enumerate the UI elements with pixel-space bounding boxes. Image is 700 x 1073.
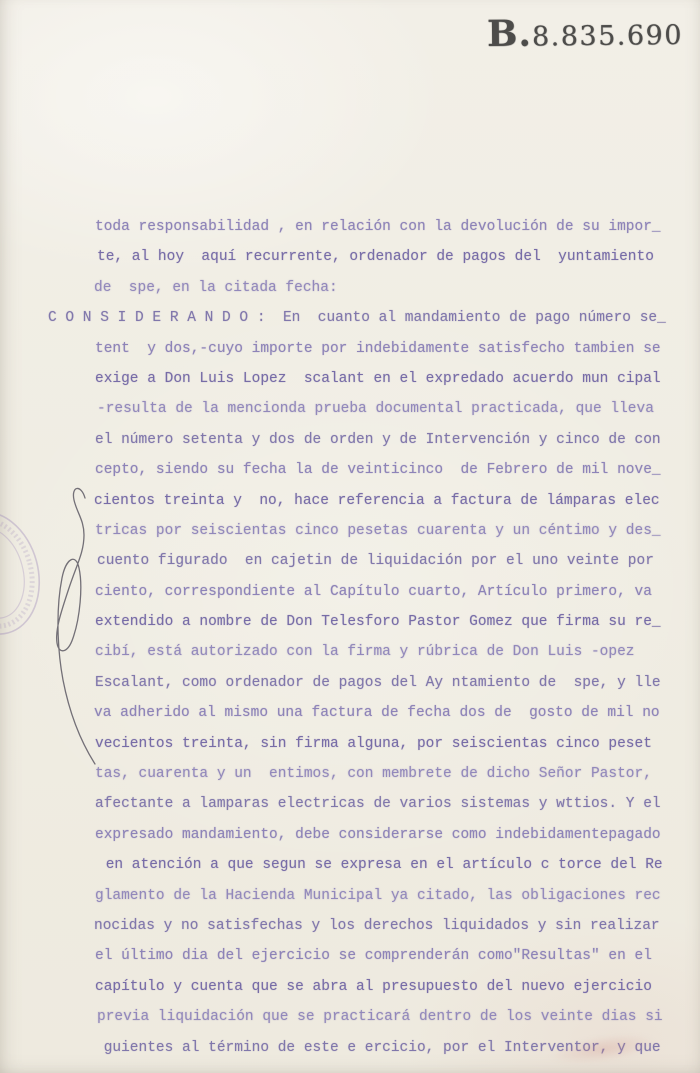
text-line: el último dia del ejercicio se comprende… xyxy=(95,941,692,971)
text-line: nocidas y no satisfechas y los derechos … xyxy=(94,911,691,941)
text-line: -resulta de la mencionda prueba document… xyxy=(97,394,694,424)
text-line: cientos treinta y no, hace referencia a … xyxy=(94,486,691,516)
text-line: extendido a nombre de Don Telesforo Past… xyxy=(95,607,692,637)
text-line: tas, cuarenta y un entimos, con membrete… xyxy=(95,759,692,789)
text-line: tricas por seiscientas cinco pesetas cua… xyxy=(95,516,692,546)
text-line: expresado mandamiento, debe considerarse… xyxy=(95,820,692,850)
text-line: te, al hoy aquí recurrente, ordenador de… xyxy=(97,242,694,272)
text-line: vecientos treinta, sin firma alguna, por… xyxy=(95,729,692,759)
text-line: previa liquidación que se practicará den… xyxy=(97,1002,694,1032)
text-line: cepto, siendo su fecha la de veinticinco… xyxy=(95,455,692,485)
circular-stamp-icon xyxy=(0,501,52,645)
text-line: exige a Don Luis Lopez scalant en el exp… xyxy=(95,364,692,394)
handwritten-rubric xyxy=(57,488,95,764)
text-line: cibí, está autorizado con la firma y rúb… xyxy=(95,637,692,667)
text-line: ciento, correspondiente al Capítulo cuar… xyxy=(95,577,692,607)
text-line: capítulo y cuenta que se abra al presupu… xyxy=(95,972,692,1002)
text-line: afectante a lamparas electricas de vario… xyxy=(95,789,692,819)
text-line: en atención a que segun se expresa en el… xyxy=(97,850,694,880)
text-line: Escalant, como ordenador de pagos del Ay… xyxy=(95,668,692,698)
text-line: el número setenta y dos de orden y de In… xyxy=(95,425,692,455)
text-line: glamento de la Hacienda Municipal ya cit… xyxy=(95,881,692,911)
text-line: cuento figurado en cajetin de liquidació… xyxy=(97,546,694,576)
text-line: va adherido al mismo una factura de fech… xyxy=(94,698,691,728)
document-page: B.8.835.690 toda responsabilidad , en re… xyxy=(0,0,700,1073)
typewritten-text-block: toda responsabilidad , en relación con l… xyxy=(95,212,692,1063)
text-line: toda responsabilidad , en relación con l… xyxy=(95,212,692,242)
serial-number-stamp: B.8.835.690 xyxy=(487,11,683,55)
text-line: de spe, en la citada fecha: xyxy=(94,273,691,303)
text-line: C O N S I D E R A N D O : En cuanto al m… xyxy=(48,303,692,333)
text-line: tent y dos,-cuyo importe por indebidamen… xyxy=(95,334,692,364)
